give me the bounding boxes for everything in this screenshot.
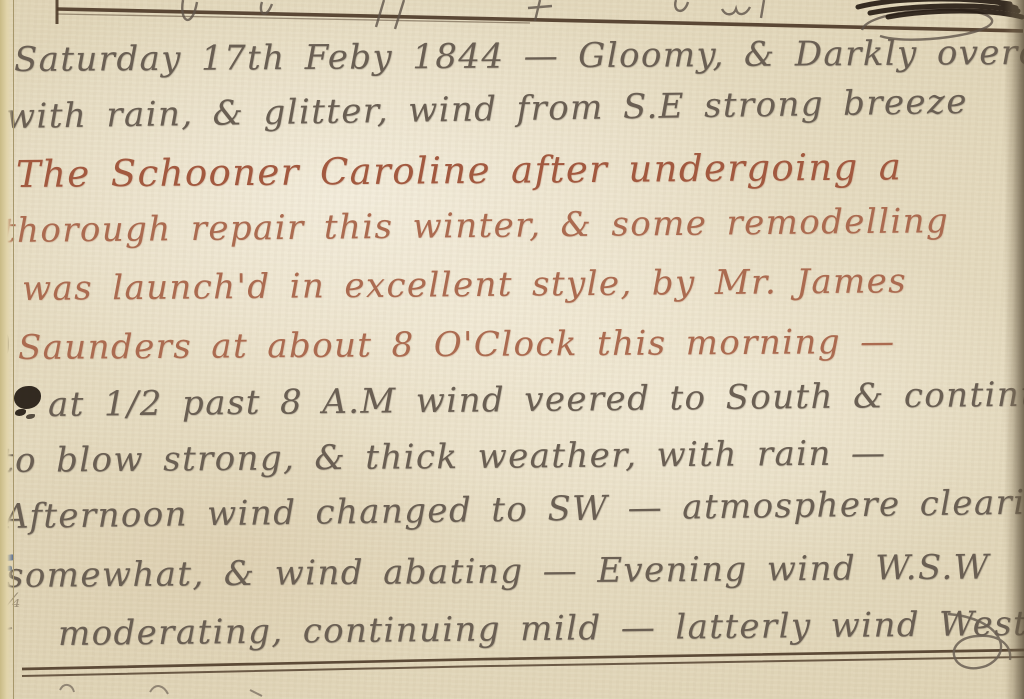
entry-line-1: Saturday 17th Feby 1844 — Gloomy, & Dark… xyxy=(14,32,1024,80)
entry-line-7: at 1/2 past 8 A.M wind veered to South &… xyxy=(48,374,1024,426)
page-right-shadow xyxy=(1004,0,1024,699)
page-left-edge xyxy=(0,0,14,699)
entry-line-9: Afternoon wind changed to SW — atmospher… xyxy=(4,482,1024,538)
entry-line-3: The Schooner Caroline after undergoing a xyxy=(16,145,903,197)
entry-line-10: somewhat, & wind abating — Evening wind … xyxy=(6,547,990,596)
entry-line-8: to blow strong, & thick weather, with ra… xyxy=(0,433,887,482)
entry-line-6: Saunders at about 8 O'Clock this morning… xyxy=(18,322,896,369)
entry-line-2: with rain, & glitter, wind from S.E stro… xyxy=(6,82,968,138)
journal-entry: Saturday 17th Feby 1844 — Gloomy, & Dark… xyxy=(0,0,1024,699)
entry-line-11: moderating, continuing mild — latterly w… xyxy=(58,603,1024,655)
entry-line-4: thorough repair this winter, & some remo… xyxy=(2,201,950,252)
journal-page: Saturday 17th Feby 1844 — Gloomy, & Dark… xyxy=(0,0,1024,699)
entry-line-5: was launch'd in excellent style, by Mr. … xyxy=(22,261,907,310)
